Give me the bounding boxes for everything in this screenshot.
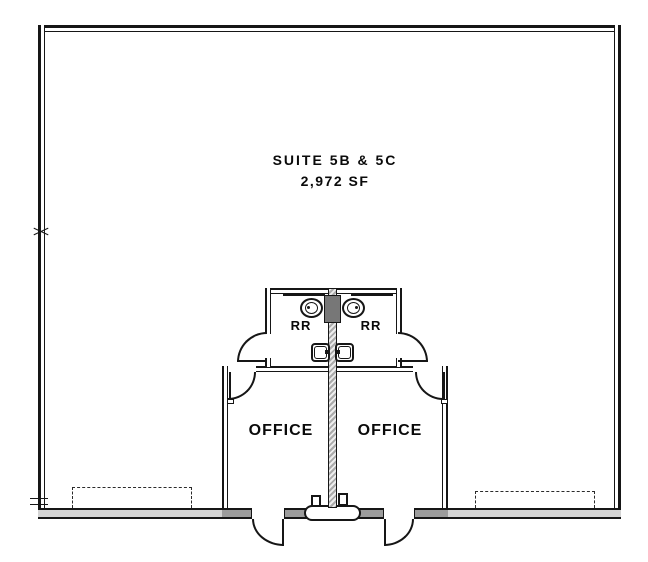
wall-storefront-left bbox=[38, 508, 222, 519]
wall-exterior-right bbox=[614, 25, 621, 519]
grab-bar bbox=[283, 294, 325, 296]
plumbing-chase bbox=[324, 295, 341, 323]
door-closer-hardware bbox=[338, 493, 348, 506]
sink-faucet bbox=[325, 350, 329, 354]
window-header-right bbox=[475, 491, 595, 508]
door-swing-office-right bbox=[415, 372, 443, 400]
door-swing-office-left bbox=[228, 372, 256, 400]
door-leaf-office-left bbox=[229, 372, 231, 400]
grab-bar bbox=[351, 294, 393, 296]
wall-storefront-office-right bbox=[414, 508, 448, 519]
door-leaf-entry-left bbox=[282, 519, 284, 546]
wall-storefront-office-left bbox=[222, 508, 252, 519]
wall-base-mark bbox=[30, 498, 48, 499]
suite-title: SUITE 5B & 5C bbox=[210, 152, 460, 168]
room-label-restroom-left: RR bbox=[276, 318, 326, 333]
door-leaf-restroom-left bbox=[237, 360, 267, 362]
toilet-bowl bbox=[347, 302, 360, 314]
room-label-office-right: OFFICE bbox=[330, 422, 450, 440]
wall-exterior-left bbox=[38, 25, 45, 519]
door-leaf-entry-right bbox=[384, 519, 386, 546]
door-swing-entry-right bbox=[384, 519, 414, 546]
door-swing-restroom-left bbox=[237, 332, 267, 362]
door-swing-restroom-right bbox=[398, 332, 428, 362]
toilet-drain bbox=[355, 306, 358, 309]
wall-storefront-right bbox=[448, 508, 621, 519]
window-header-left bbox=[72, 487, 192, 508]
floor-plan: SUITE 5B & 5C 2,972 SF RR RR OFFICE OFFI… bbox=[0, 0, 648, 562]
sink-faucet bbox=[336, 350, 340, 354]
wall-base-mark bbox=[30, 504, 48, 505]
room-label-restroom-right: RR bbox=[346, 318, 396, 333]
suite-area: 2,972 SF bbox=[210, 173, 460, 189]
door-leaf-restroom-right bbox=[398, 360, 428, 362]
toilet-drain bbox=[307, 306, 310, 309]
room-label-office-left: OFFICE bbox=[221, 422, 341, 440]
wall-restroom-right bbox=[396, 288, 402, 334]
door-stop-office-right bbox=[441, 399, 448, 404]
door-leaf-office-right bbox=[443, 372, 445, 400]
door-swing-entry-left bbox=[252, 519, 284, 546]
door-stop-office-left bbox=[227, 399, 234, 404]
wall-exterior-top bbox=[38, 25, 621, 32]
wall-restroom-left bbox=[265, 288, 271, 334]
door-closer-hardware bbox=[311, 495, 321, 507]
